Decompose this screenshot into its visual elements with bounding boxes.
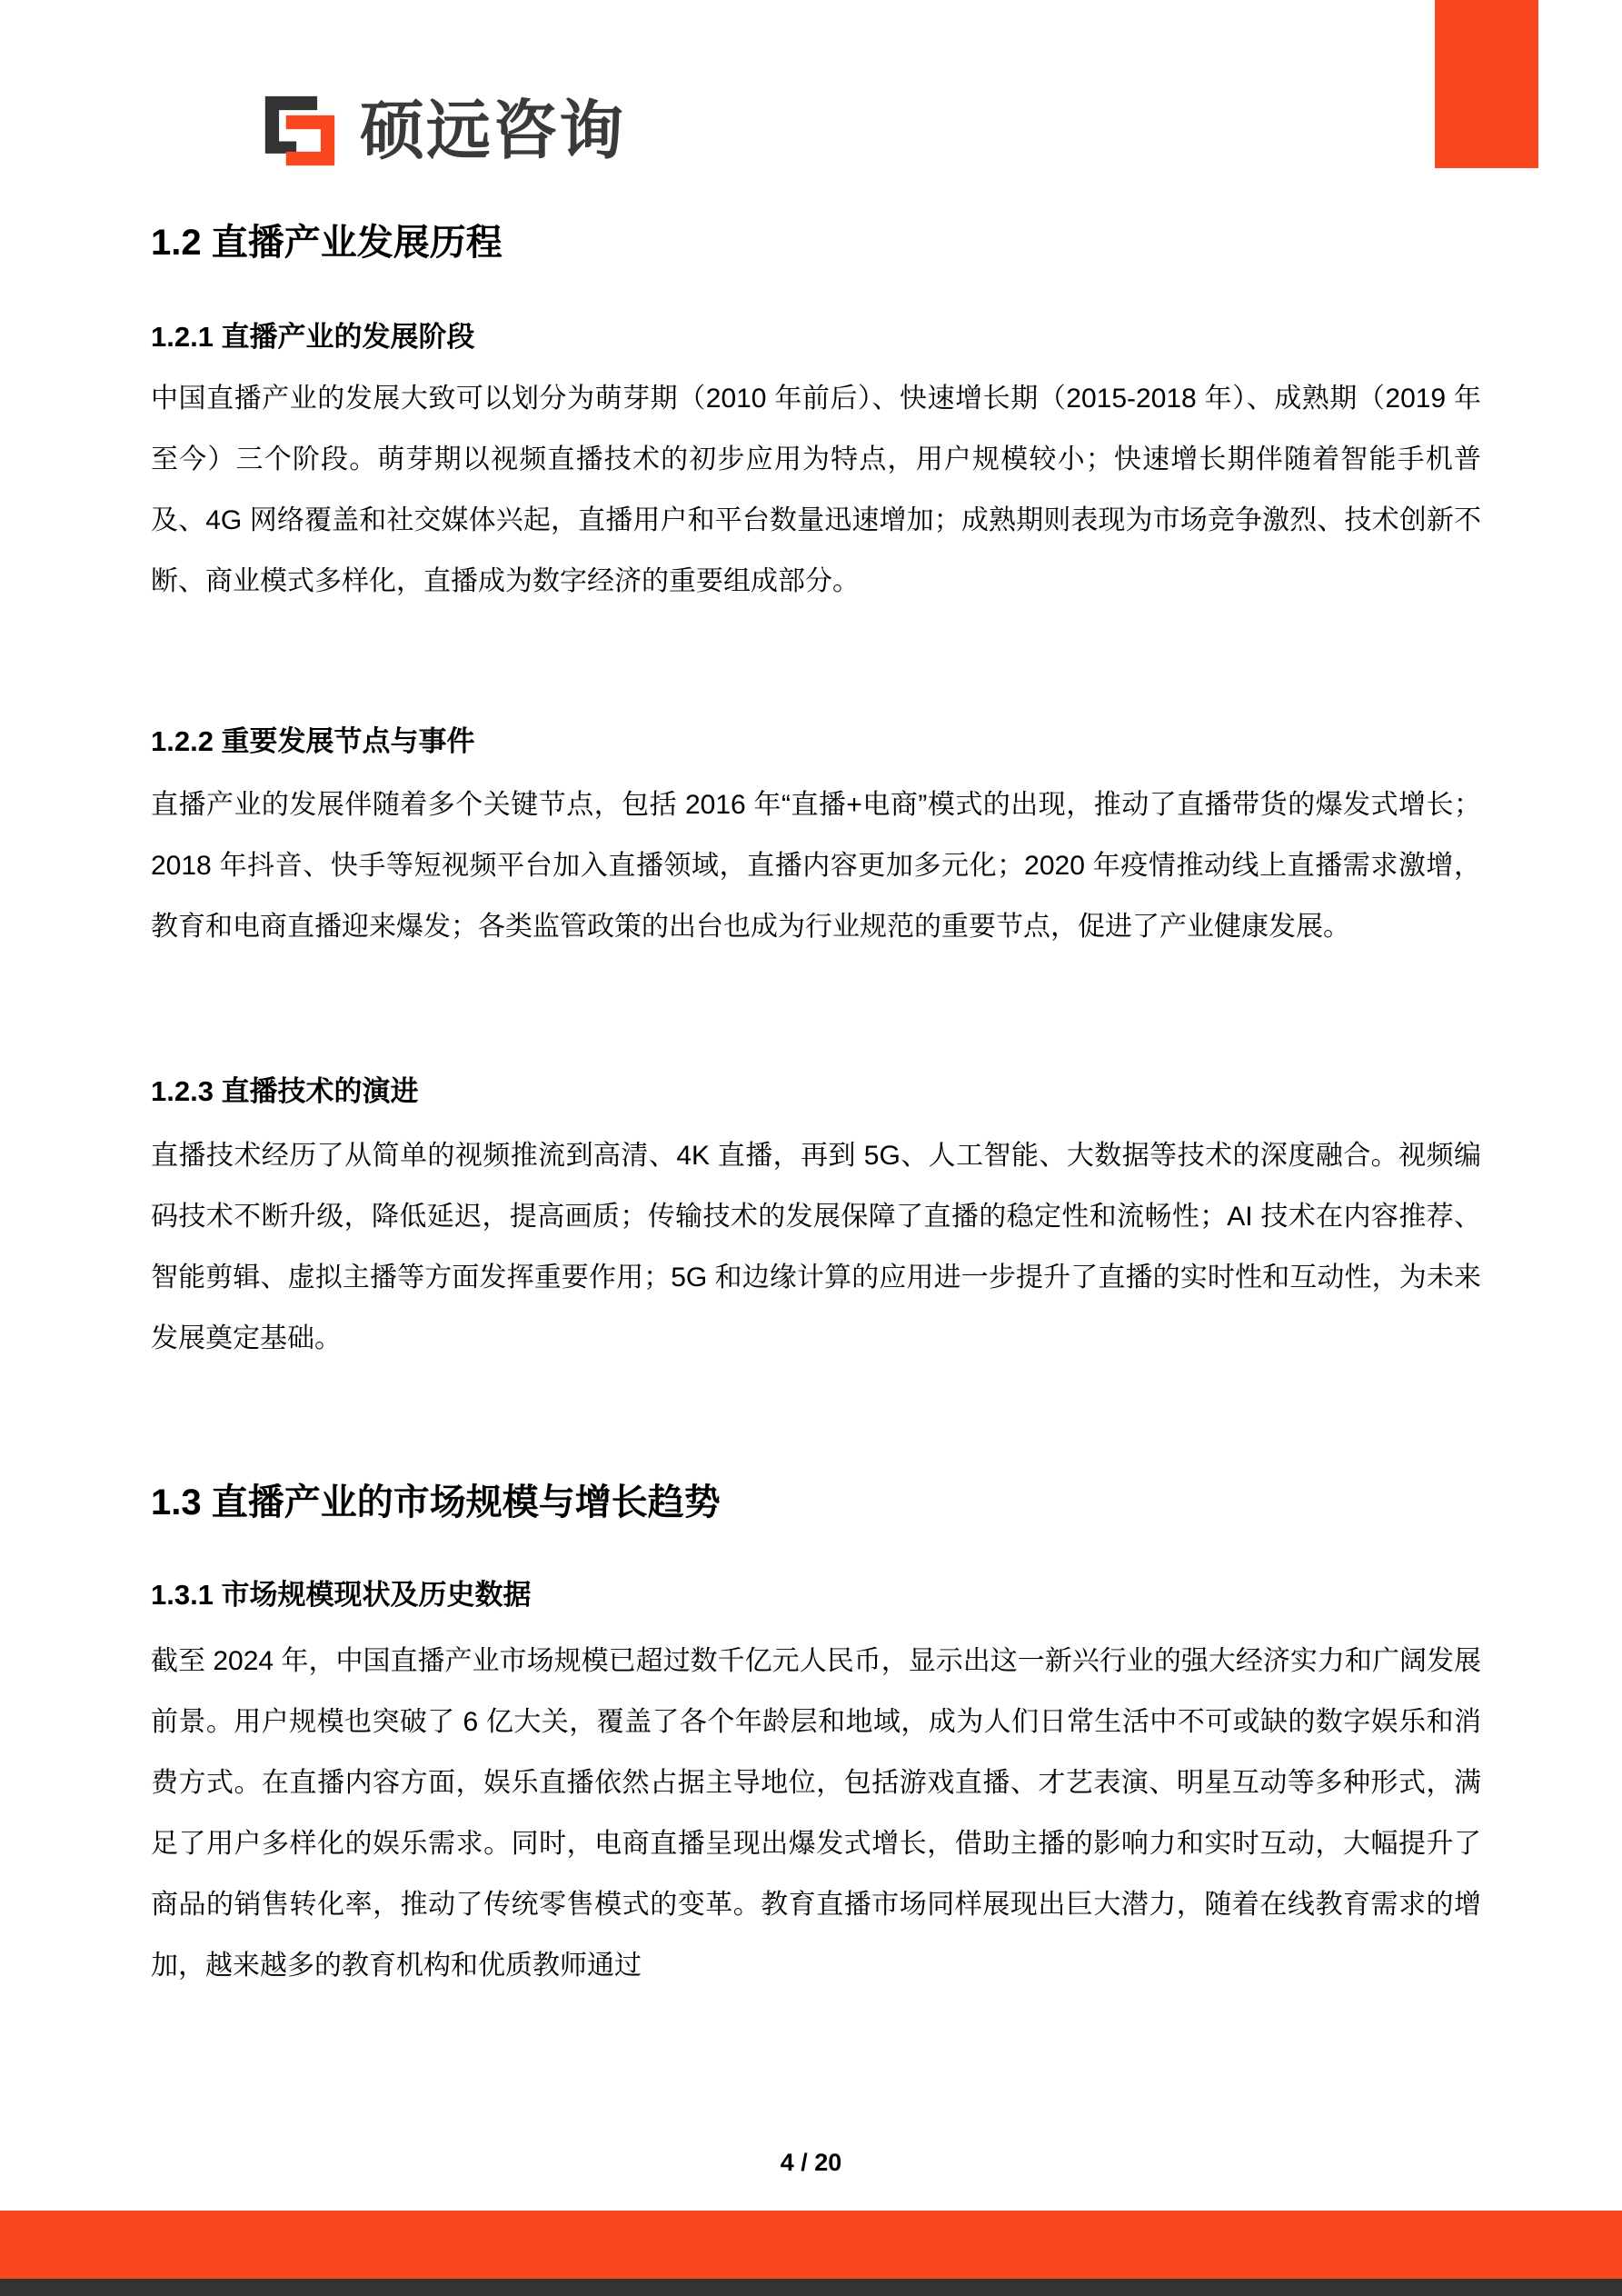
paragraph-1-3-1: 截至 2024 年，中国直播产业市场规模已超过数千亿元人民币，显示出这一新兴行业… [151,1631,1481,1996]
subsection-heading-1-2-2: 1.2.2 重要发展节点与事件 [151,724,475,758]
company-logo-text: 硕远咨询 [360,99,625,164]
interlocked-brackets-logo-icon [262,91,338,171]
subsection-heading-1-3-1: 1.3.1 市场规模现状及历史数据 [151,1578,532,1612]
footer-accent-bar [0,2211,1622,2279]
subsection-heading-1-2-1: 1.2.1 直播产业的发展阶段 [151,320,475,354]
page-number: 4 / 20 [0,2149,1622,2177]
section-heading-1-3: 1.3 直播产业的市场规模与增长趋势 [151,1482,721,1523]
paragraph-1-2-2: 直播产业的发展伴随着多个关键节点，包括 2016 年“直播+电商”模式的出现，推… [151,774,1481,957]
section-heading-1-2: 1.2 直播产业发展历程 [151,222,503,264]
page-corner-accent-block [1435,0,1538,168]
footer-dark-bar [0,2279,1622,2296]
paragraph-1-2-3: 直播技术经历了从简单的视频推流到高清、4K 直播，再到 5G、人工智能、大数据等… [151,1125,1481,1369]
document-page: 硕远咨询 1.2 直播产业发展历程 1.2.1 直播产业的发展阶段 中国直播产业… [0,0,1622,2296]
company-logo: 硕远咨询 [262,91,625,171]
paragraph-1-2-1: 中国直播产业的发展大致可以划分为萌芽期（2010 年前后）、快速增长期（2015… [151,368,1481,612]
subsection-heading-1-2-3: 1.2.3 直播技术的演进 [151,1074,419,1108]
